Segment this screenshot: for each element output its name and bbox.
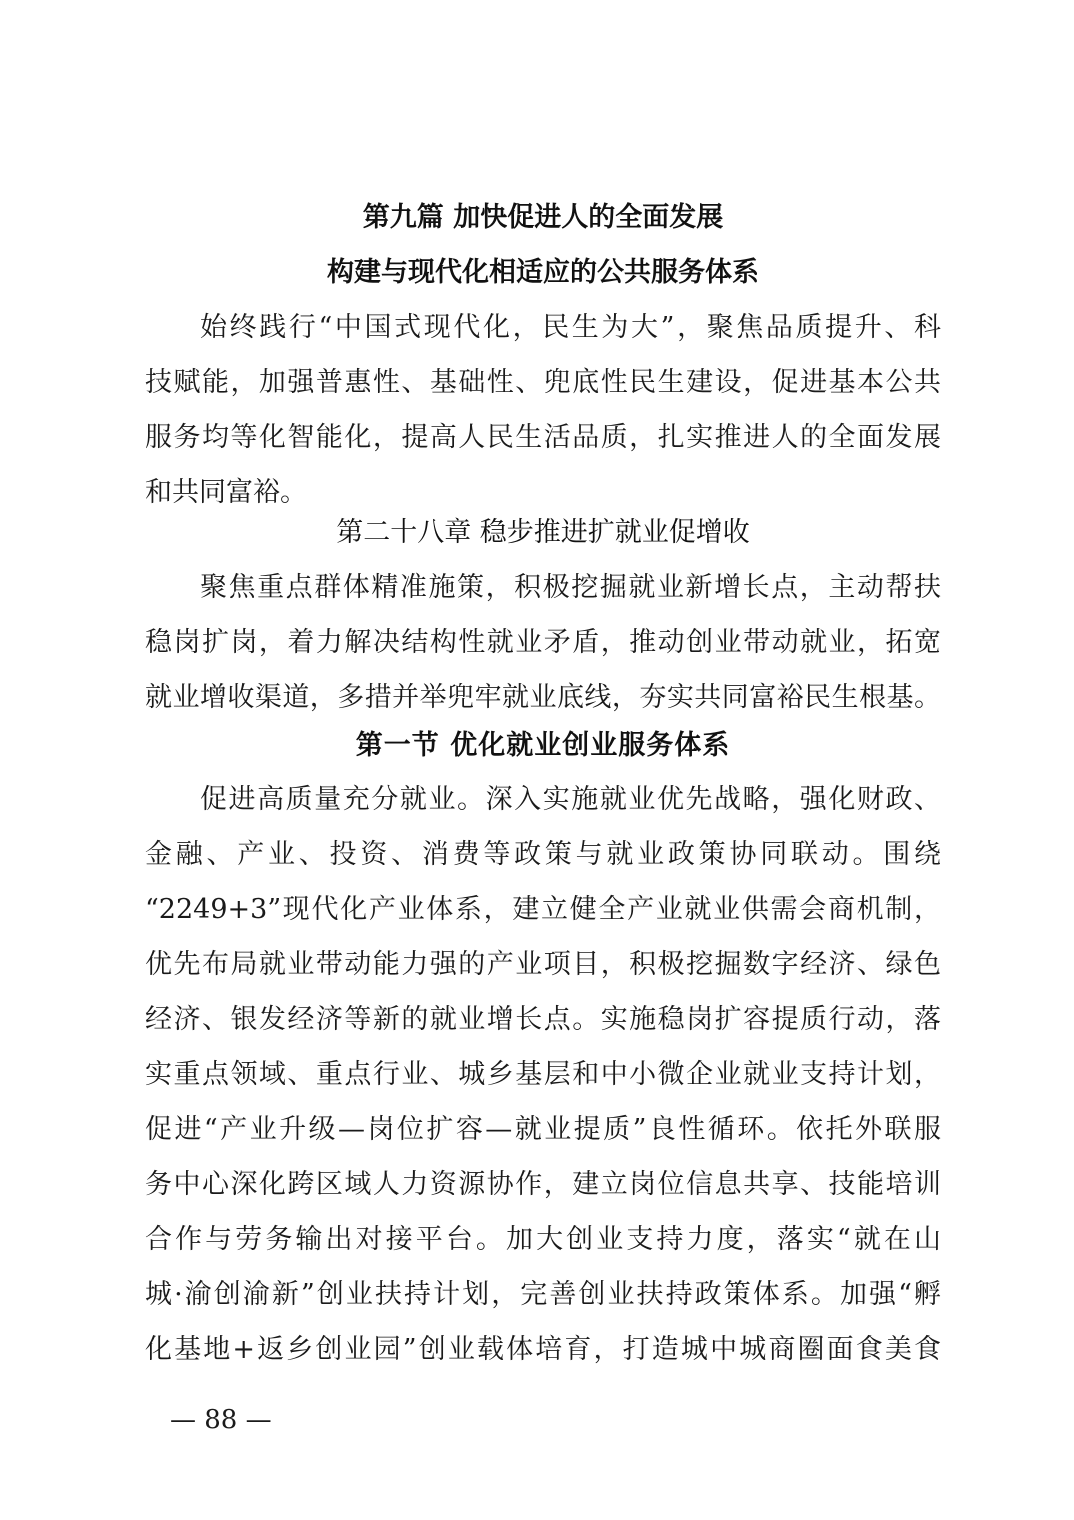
paragraph-line: 合作与劳务输出对接平台。加大创业支持力度，落实“就在山 [145,1222,941,1258]
paragraph-line: 经济、银发经济等新的就业增长点。实施稳岗扩容提质行动，落 [145,1002,941,1038]
section-title: 第一节 优化就业创业服务体系 [145,728,941,764]
paragraph-line: 稳岗扩岗，着力解决结构性就业矛盾，推动创业带动就业，拓宽 [145,625,941,661]
part-title: 第九篇 加快促进人的全面发展 [145,200,941,236]
paragraph-line: 金融、产业、投资、消费等政策与就业政策协同联动。围绕 [145,837,941,873]
document-page: 第九篇 加快促进人的全面发展 构建与现代化相适应的公共服务体系 始终践行“中国式… [0,0,1074,1520]
paragraph-line: “2249+3”现代化产业体系，建立健全产业就业供需会商机制， [145,892,941,928]
paragraph-line: 服务均等化智能化，提高人民生活品质，扎实推进人的全面发展 [145,420,941,456]
page-number: — 88 — [170,1402,272,1438]
paragraph-line: 城·渝创渝新”创业扶持计划，完善创业扶持政策体系。加强“孵 [145,1277,941,1313]
paragraph-line: 实重点领域、重点行业、城乡基层和中小微企业就业支持计划， [145,1057,941,1093]
paragraph-line: 聚焦重点群体精准施策，积极挖掘就业新增长点，主动帮扶 [200,570,941,606]
part-subtitle: 构建与现代化相适应的公共服务体系 [145,255,941,291]
paragraph-line: 技赋能，加强普惠性、基础性、兜底性民生建设，促进基本公共 [145,365,941,401]
paragraph-line: 促进“产业升级—岗位扩容—就业提质”良性循环。依托外联服 [145,1112,941,1148]
paragraph-line: 化基地+返乡创业园”创业载体培育，打造城中城商圈面食美食 [145,1332,941,1368]
paragraph-line: 务中心深化跨区域人力资源协作，建立岗位信息共享、技能培训 [145,1167,941,1203]
paragraph-line: 就业增收渠道，多措并举兜牢就业底线，夯实共同富裕民生根基。 [145,680,941,716]
paragraph-line: 促进高质量充分就业。深入实施就业优先战略，强化财政、 [200,782,941,818]
chapter-title: 第二十八章 稳步推进扩就业促增收 [145,515,941,551]
paragraph-line: 和共同富裕。 [145,475,941,511]
paragraph-line: 始终践行“中国式现代化，民生为大”，聚焦品质提升、科 [200,310,941,346]
paragraph-line: 优先布局就业带动能力强的产业项目，积极挖掘数字经济、绿色 [145,947,941,983]
